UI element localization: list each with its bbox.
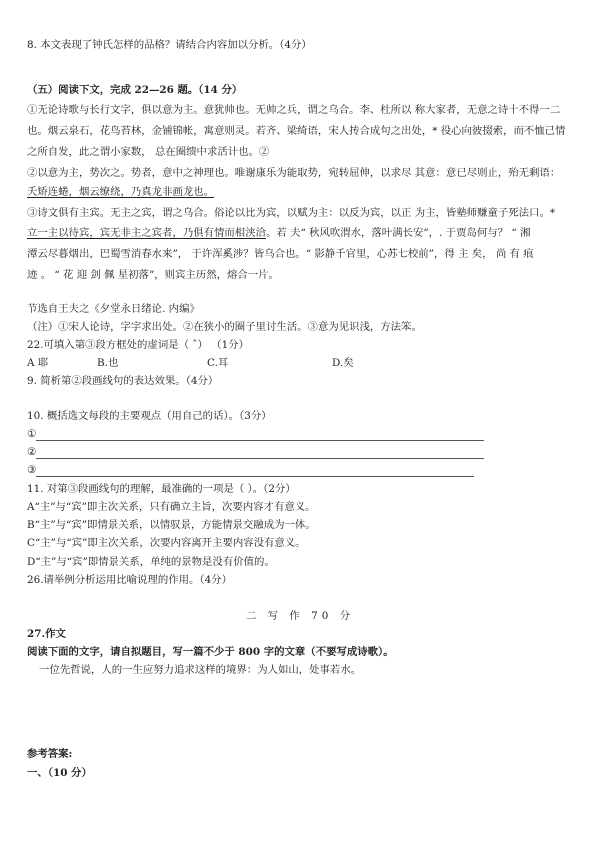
writing-instruction: 阅读下面的文字，请自拟题目，写一篇不少于 800 字的文章（不要写成诗歌）。 — [27, 645, 394, 659]
blank-marker: ② — [27, 446, 36, 458]
question-8: 8. 本文表现了钟氏怎样的品格？请结合内容加以分析。（4分） — [27, 38, 312, 52]
question-11-stem: 11. 对第③段画线句的理解，最准确的一项是（ ）。（2分） — [27, 482, 296, 496]
answer-blank-1[interactable]: ① — [27, 427, 484, 441]
option-c: C.耳 — [207, 356, 332, 370]
question-11-option-a: A“主”与“宾”即主次关系，只有确立主旨，次要内容才有意义。 — [27, 500, 316, 514]
paragraph-3-line-rest: 。若 夫“ 秋风吹渭水，落叶满长安”，. 于贾岛何与？ “ 湘 — [266, 227, 530, 239]
question-11-option-c: C“主”与“宾”即主次关系，次要内容离开主要内容没有意义。 — [27, 536, 306, 550]
paragraph-2-underlined-sentence: 夭矫连蜷，烟云缭绕，乃真龙非画龙也。 — [27, 185, 214, 199]
question-22-stem: 22.可填入第③段方框处的虚词是（ ˆ） （1分） — [27, 338, 249, 352]
blank-marker: ① — [27, 428, 36, 440]
paragraph-1-line: 也。烟云泉石，花鸟苔林，金铺锦帐，寓意则灵。若齐、梁绮语，宋人抟合成句之出处，*… — [27, 124, 565, 138]
question-9: 9. 简析第②段画线句的表达效果。（4分） — [27, 374, 218, 388]
question-10-stem: 10. 概括选文每段的主要观点（用自己的话）。（3分） — [27, 409, 272, 423]
paragraph-3-line: 立一主以待宾，宾无非主之宾者，乃俱有情而相浃洽。若 夫“ 秋风吹渭水，落叶满长安… — [27, 226, 530, 240]
answer-line[interactable] — [36, 428, 484, 441]
paragraph-3-underlined-sentence: 立一主以待宾，宾无非主之宾者，乃俱有情而相浃洽 — [27, 227, 266, 239]
answer-blank-3[interactable]: ③ — [27, 463, 474, 477]
question-26: 26.请举例分析运用比喻说理的作用。（4分） — [27, 573, 232, 587]
paragraph-3-line: ③诗文俱有主宾。无主之宾，谓之乌合。俗论以比为宾，以赋为主：以反为宾，以正 为主… — [27, 206, 555, 220]
option-d: D.矣 — [332, 356, 354, 370]
paragraph-1-line: ①无论诗歌与长行文字，俱以意为主。意犹帅也。无帅之兵，谓之乌合。李、杜所以 称大… — [27, 103, 560, 117]
writing-section-title: 二 写 作 70 分 — [0, 609, 600, 623]
paragraph-2-line: ②以意为主，势次之。势者，意中之神理也。唯谢康乐为能取势，宛转屈伸，以求尽 其意… — [27, 166, 560, 180]
answer-key-title: 参考答案: — [27, 747, 72, 761]
blank-marker: ③ — [27, 464, 36, 476]
writing-prompt: 一位先哲说，人的一生应努力追求这样的境界：为人如山，处事若水。 — [27, 663, 361, 677]
question-22-options: A 耶B.也C.耳D.矣 — [27, 356, 527, 370]
source-citation: 节选自王夫之《夕堂永日绪论. 内编》 — [27, 302, 200, 316]
footnotes: （注）①宋人论诗，字字求出处。②在狭小的圈子里讨生活。③意为见识浅，方法笨。 — [27, 320, 422, 334]
answer-line[interactable] — [36, 446, 484, 459]
paragraph-3-line: 迹 。 “ 花 迎 剑 佩 星初落”，则宾主历然，熔合一片。 — [27, 268, 279, 282]
answer-line[interactable] — [36, 464, 474, 477]
question-11-option-b: B“主”与“宾”即情景关系，以情驭景，方能情景交融成为一体。 — [27, 518, 316, 532]
option-a: A 耶 — [27, 356, 97, 370]
question-27-title: 27.作文 — [27, 627, 66, 641]
answer-key-part-1: 一、（10 分） — [27, 766, 92, 780]
paragraph-1-line: 之所自发，此之谓小家数， 总在圈缋中求活计也。② — [27, 145, 269, 159]
question-11-option-d: D“主”与“宾”即情景关系，单纯的景物是没有价值的。 — [27, 555, 275, 569]
answer-blank-2[interactable]: ② — [27, 445, 484, 459]
paragraph-3-line: 潭云尽暮烟出，巴蜀雪消春水来”， 于许浑奚涉？皆乌合也。“ 影静千官里，心苏七校… — [27, 247, 534, 261]
option-b: B.也 — [97, 356, 207, 370]
section-5-heading: （五）阅读下文，完成 22—26 题。（14 分） — [27, 83, 242, 97]
